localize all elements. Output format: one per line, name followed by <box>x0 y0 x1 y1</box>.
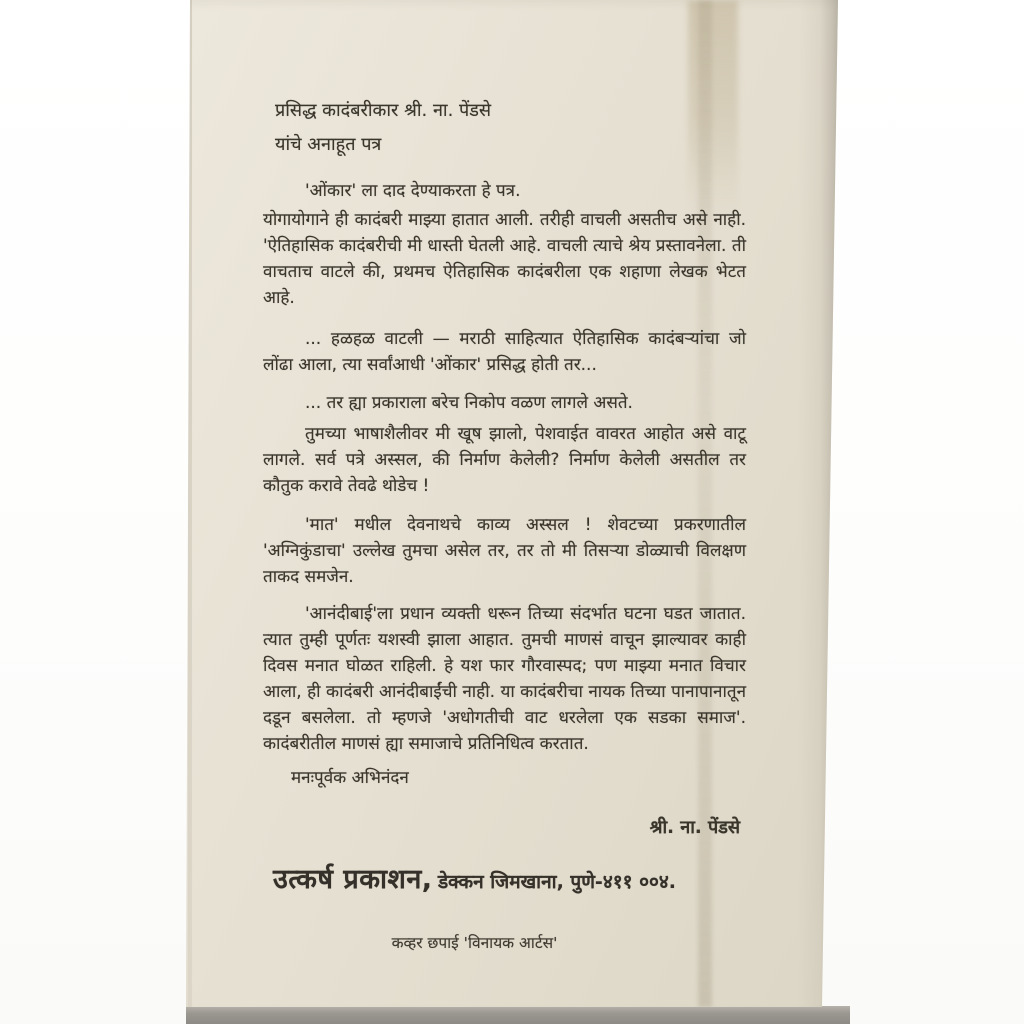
letter-paragraph: 'ओंकार' ला दाद देण्याकरता हे पत्र. <box>263 178 746 204</box>
letter-heading: प्रसिद्ध कादंबरीकार श्री. ना. पेंडसे यां… <box>275 94 746 162</box>
book-page: प्रसिद्ध कादंबरीकार श्री. ना. पेंडसे यां… <box>186 0 838 1007</box>
letter-paragraph: ... तर ह्या प्रकाराला बरेच निकोप वळण लाग… <box>263 390 746 416</box>
publisher-address: डेक्कन जिमखाना, पुणे-४११ ००४. <box>438 871 676 893</box>
letter-paragraph: तुमच्या भाषाशैलीवर मी खूष झालो, पेशवाईत … <box>263 421 746 499</box>
letter-paragraph: ... हळहळ वाटली — मराठी साहित्यात ऐतिहासि… <box>263 326 746 378</box>
publisher-line: उत्कर्ष प्रकाशन, डेक्कन जिमखाना, पुणे-४१… <box>263 867 746 896</box>
page-content: प्रसिद्ध कादंबरीकार श्री. ना. पेंडसे यां… <box>263 0 746 956</box>
table-surface <box>186 1006 850 1024</box>
signature: श्री. ना. पेंडसे <box>263 815 746 841</box>
heading-author-line: प्रसिद्ध कादंबरीकार श्री. ना. पेंडसे <box>275 94 746 128</box>
heading-subtitle-line: यांचे अनाहूत पत्र <box>275 128 746 162</box>
page-right-edge-shadow <box>798 0 838 1007</box>
closing-line: मनःपूर्वक अभिनंदन <box>291 765 746 791</box>
publisher-name: उत्कर्ष प्रकाशन, <box>273 864 433 895</box>
letter-paragraph: 'आनंदीबाई'ला प्रधान व्यक्ती धरून तिच्या … <box>263 601 746 757</box>
printer-credit: कव्हर छपाई 'विनायक आर्टस' <box>263 930 746 956</box>
letter-paragraph: 'मात' मधील देवनाथचे काव्य अस्सल ! शेवटच्… <box>263 512 746 590</box>
letter-paragraph: योगायोगाने ही कादंबरी माझ्या हातात आली. … <box>263 207 746 311</box>
photo-background: प्रसिद्ध कादंबरीकार श्री. ना. पेंडसे यां… <box>0 0 1024 1024</box>
page-left-edge <box>188 0 192 1007</box>
